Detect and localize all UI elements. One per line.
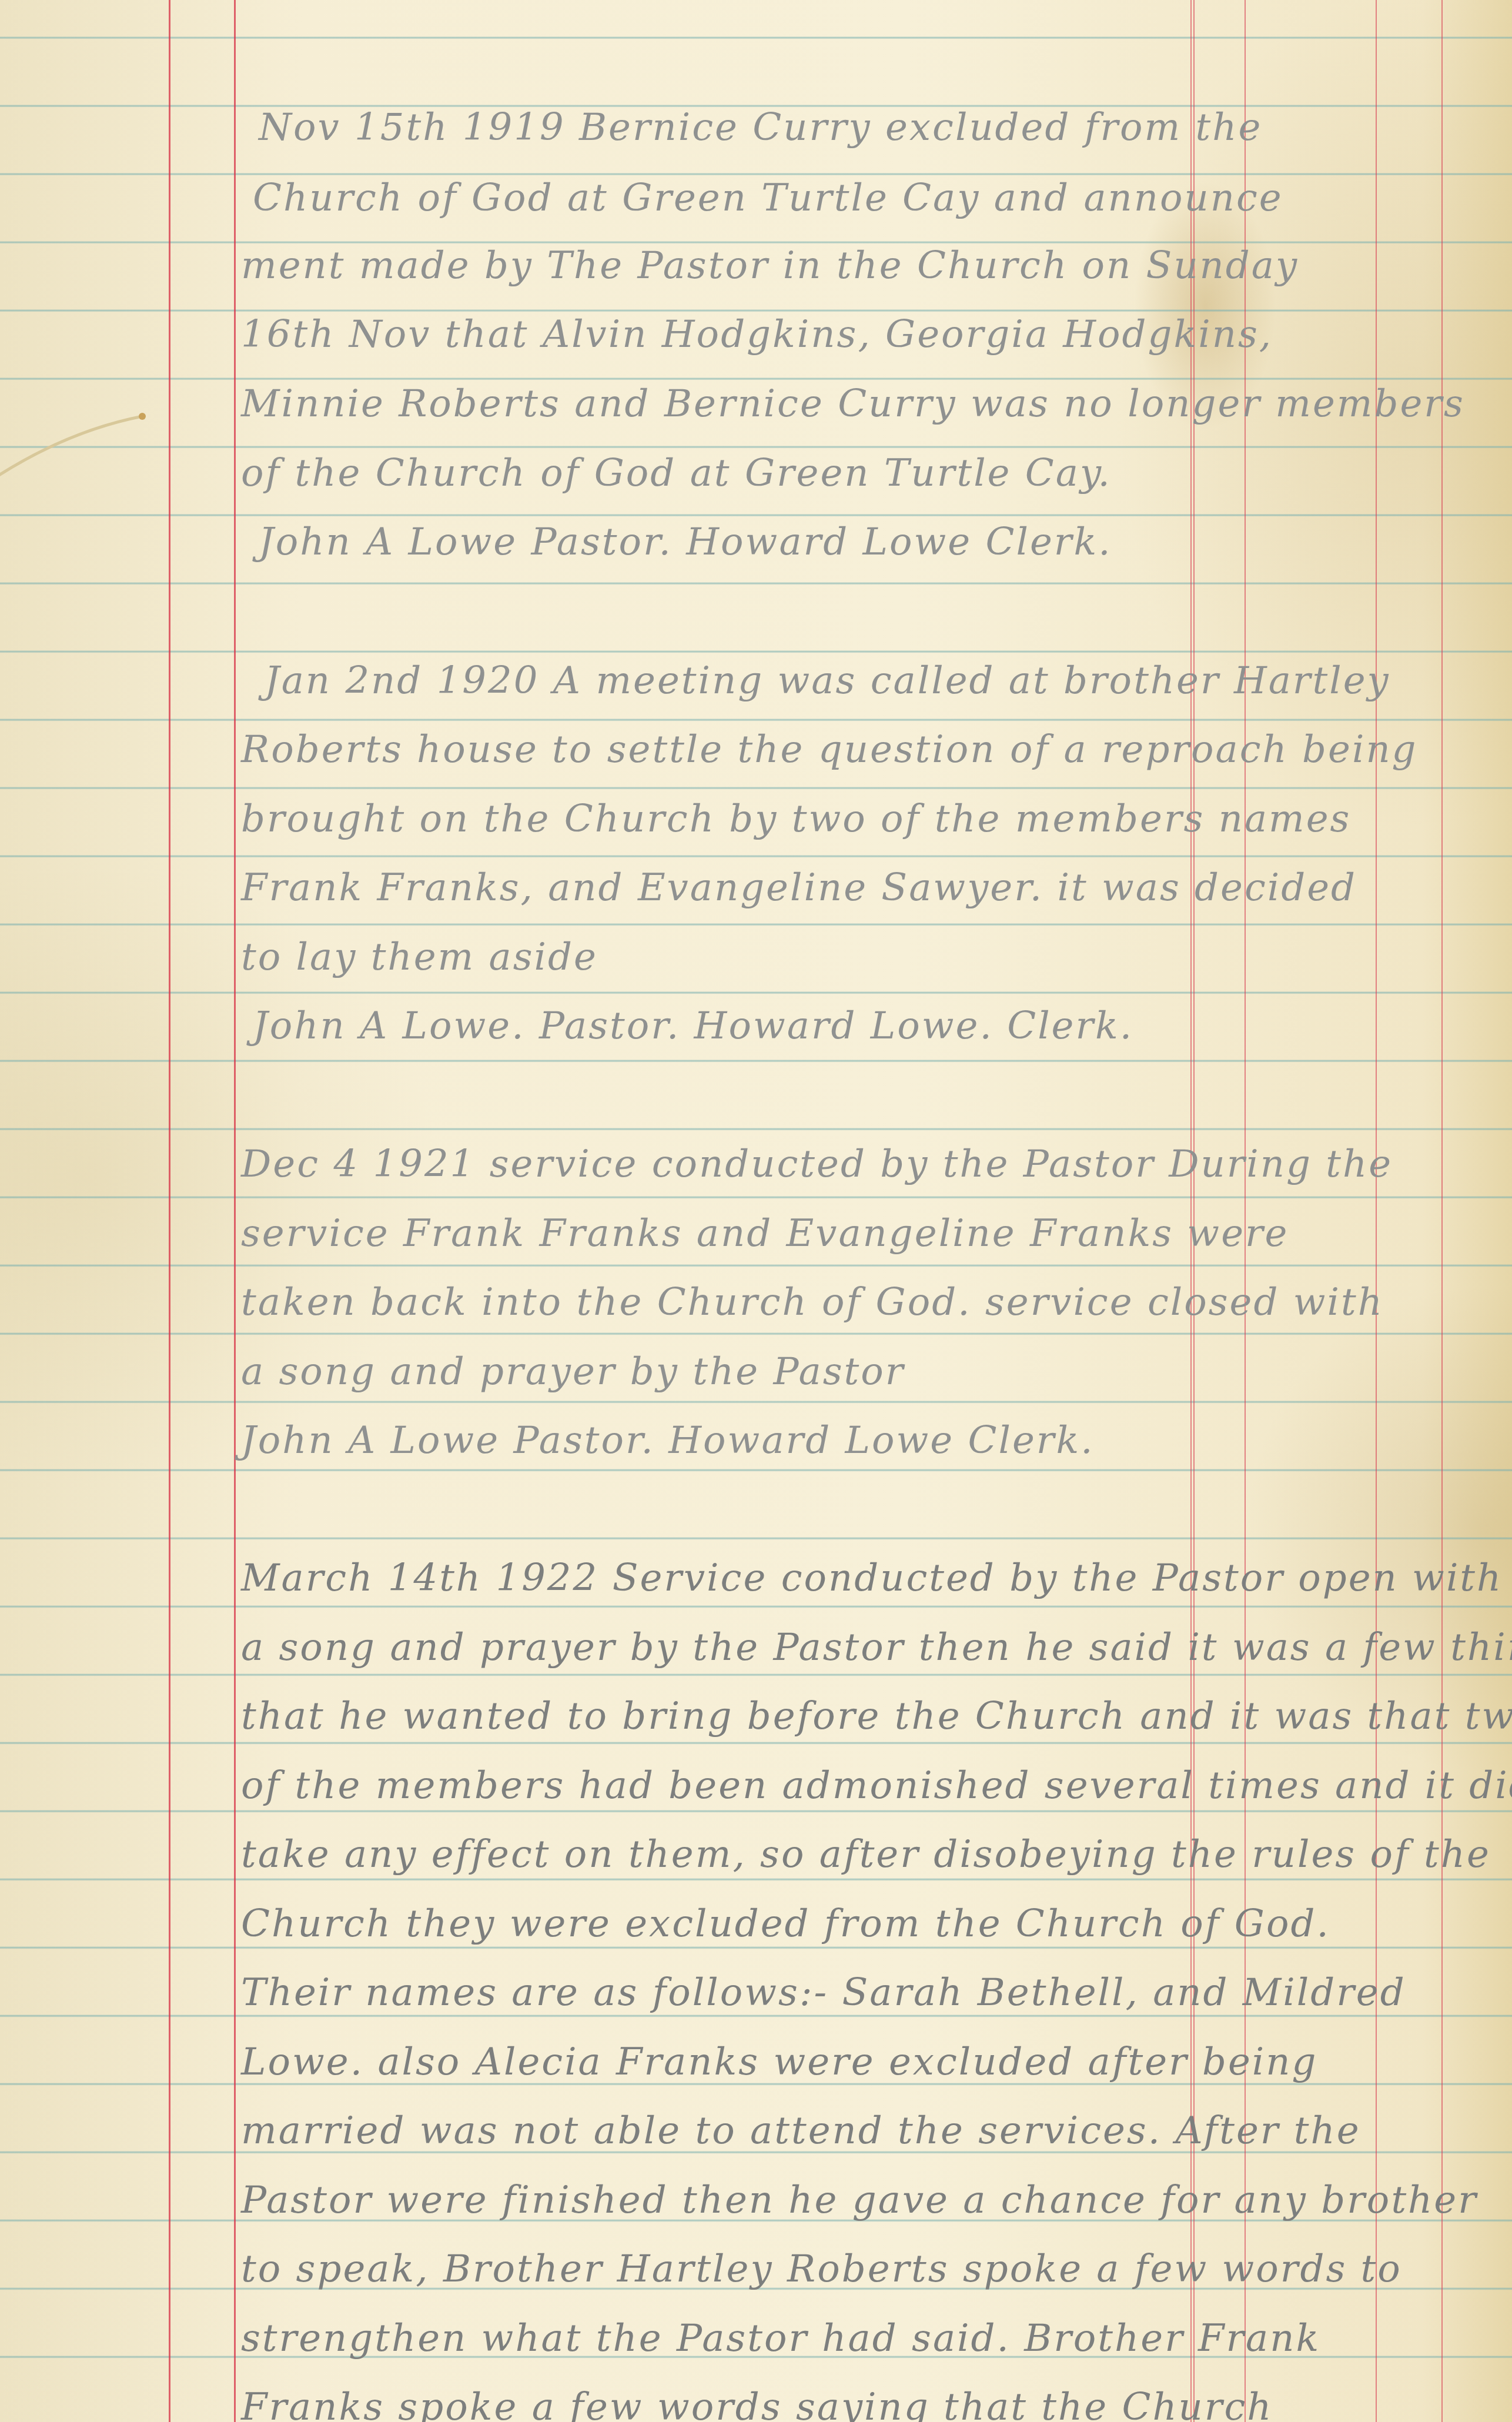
entry-4-line-12: strengthen what the Pastor had said. Bro… — [241, 2320, 1320, 2357]
entry-1-line-5: Minnie Roberts and Bernice Curry was no … — [241, 385, 1465, 423]
entry-2-line-2: Roberts house to settle the question of … — [241, 731, 1418, 769]
entry-1-line-4: 16th Nov that Alvin Hodgkins, Georgia Ho… — [241, 316, 1273, 353]
entry-3-line-4: a song and prayer by the Pastor — [241, 1353, 905, 1391]
entry-1-signature: John A Lowe Pastor. Howard Lowe Clerk. — [259, 523, 1112, 561]
entry-1-line-1: Nov 15th 1919 Bernice Curry excluded fro… — [259, 109, 1262, 146]
ledger-page: Nov 15th 1919 Bernice Curry excluded fro… — [0, 0, 1512, 2422]
entry-3-signature: John A Lowe Pastor. Howard Lowe Clerk. — [241, 1422, 1095, 1459]
entry-4-line-1: March 14th 1922 Service conducted by the… — [241, 1559, 1503, 1597]
entry-2-line-1: Jan 2nd 1920 A meeting was called at bro… — [265, 662, 1390, 700]
margin-line-left-outer — [169, 0, 170, 2422]
column-line-5 — [1441, 0, 1443, 2422]
binding-thread — [0, 406, 165, 488]
entry-4-line-4: of the members had been admonished sever… — [241, 1767, 1512, 1805]
entry-1-line-2: Church of God at Green Turtle Cay and an… — [253, 179, 1283, 217]
entry-3-line-2: service Frank Franks and Evangeline Fran… — [241, 1215, 1289, 1252]
entry-1-line-6: of the Church of God at Green Turtle Cay… — [241, 455, 1112, 492]
entry-4-line-8: Lowe. also Alecia Franks were excluded a… — [241, 2043, 1317, 2081]
column-line-4 — [1376, 0, 1377, 2422]
entry-4-line-2: a song and prayer by the Pastor then he … — [241, 1629, 1512, 1666]
entry-2-signature: John A Lowe. Pastor. Howard Lowe. Clerk. — [253, 1007, 1133, 1045]
entry-3-line-1: Dec 4 1921 service conducted by the Past… — [241, 1145, 1393, 1183]
entry-4-line-10: Pastor were finished then he gave a chan… — [241, 2182, 1478, 2219]
ruled-lines — [0, 0, 1512, 2422]
entry-2-line-3: brought on the Church by two of the memb… — [241, 800, 1351, 838]
column-line-3 — [1245, 0, 1246, 2422]
entry-2-line-4: Frank Franks, and Evangeline Sawyer. it … — [241, 869, 1357, 907]
entry-2-line-5: to lay them aside — [241, 938, 598, 976]
entry-4-line-5: take any effect on them, so after disobe… — [241, 1836, 1491, 1873]
entry-4-line-13: Franks spoke a few words saying that the… — [241, 2388, 1273, 2422]
column-line-2 — [1193, 0, 1195, 2422]
entry-4-line-3: that he wanted to bring before the Churc… — [241, 1698, 1512, 1735]
entry-4-line-11: to speak, Brother Hartley Roberts spoke … — [241, 2250, 1402, 2288]
column-line-1 — [1190, 0, 1192, 2422]
entry-4-line-6: Church they were excluded from the Churc… — [241, 1905, 1330, 1943]
margin-line-left-inner — [234, 0, 236, 2422]
entry-4-line-9: married was not able to attend the servi… — [241, 2112, 1361, 2150]
entry-4-line-7: Their names are as follows:- Sarah Bethe… — [241, 1974, 1406, 2012]
entry-1-line-3: ment made by The Pastor in the Church on… — [241, 247, 1299, 285]
entry-3-line-3: taken back into the Church of God. servi… — [241, 1284, 1384, 1321]
